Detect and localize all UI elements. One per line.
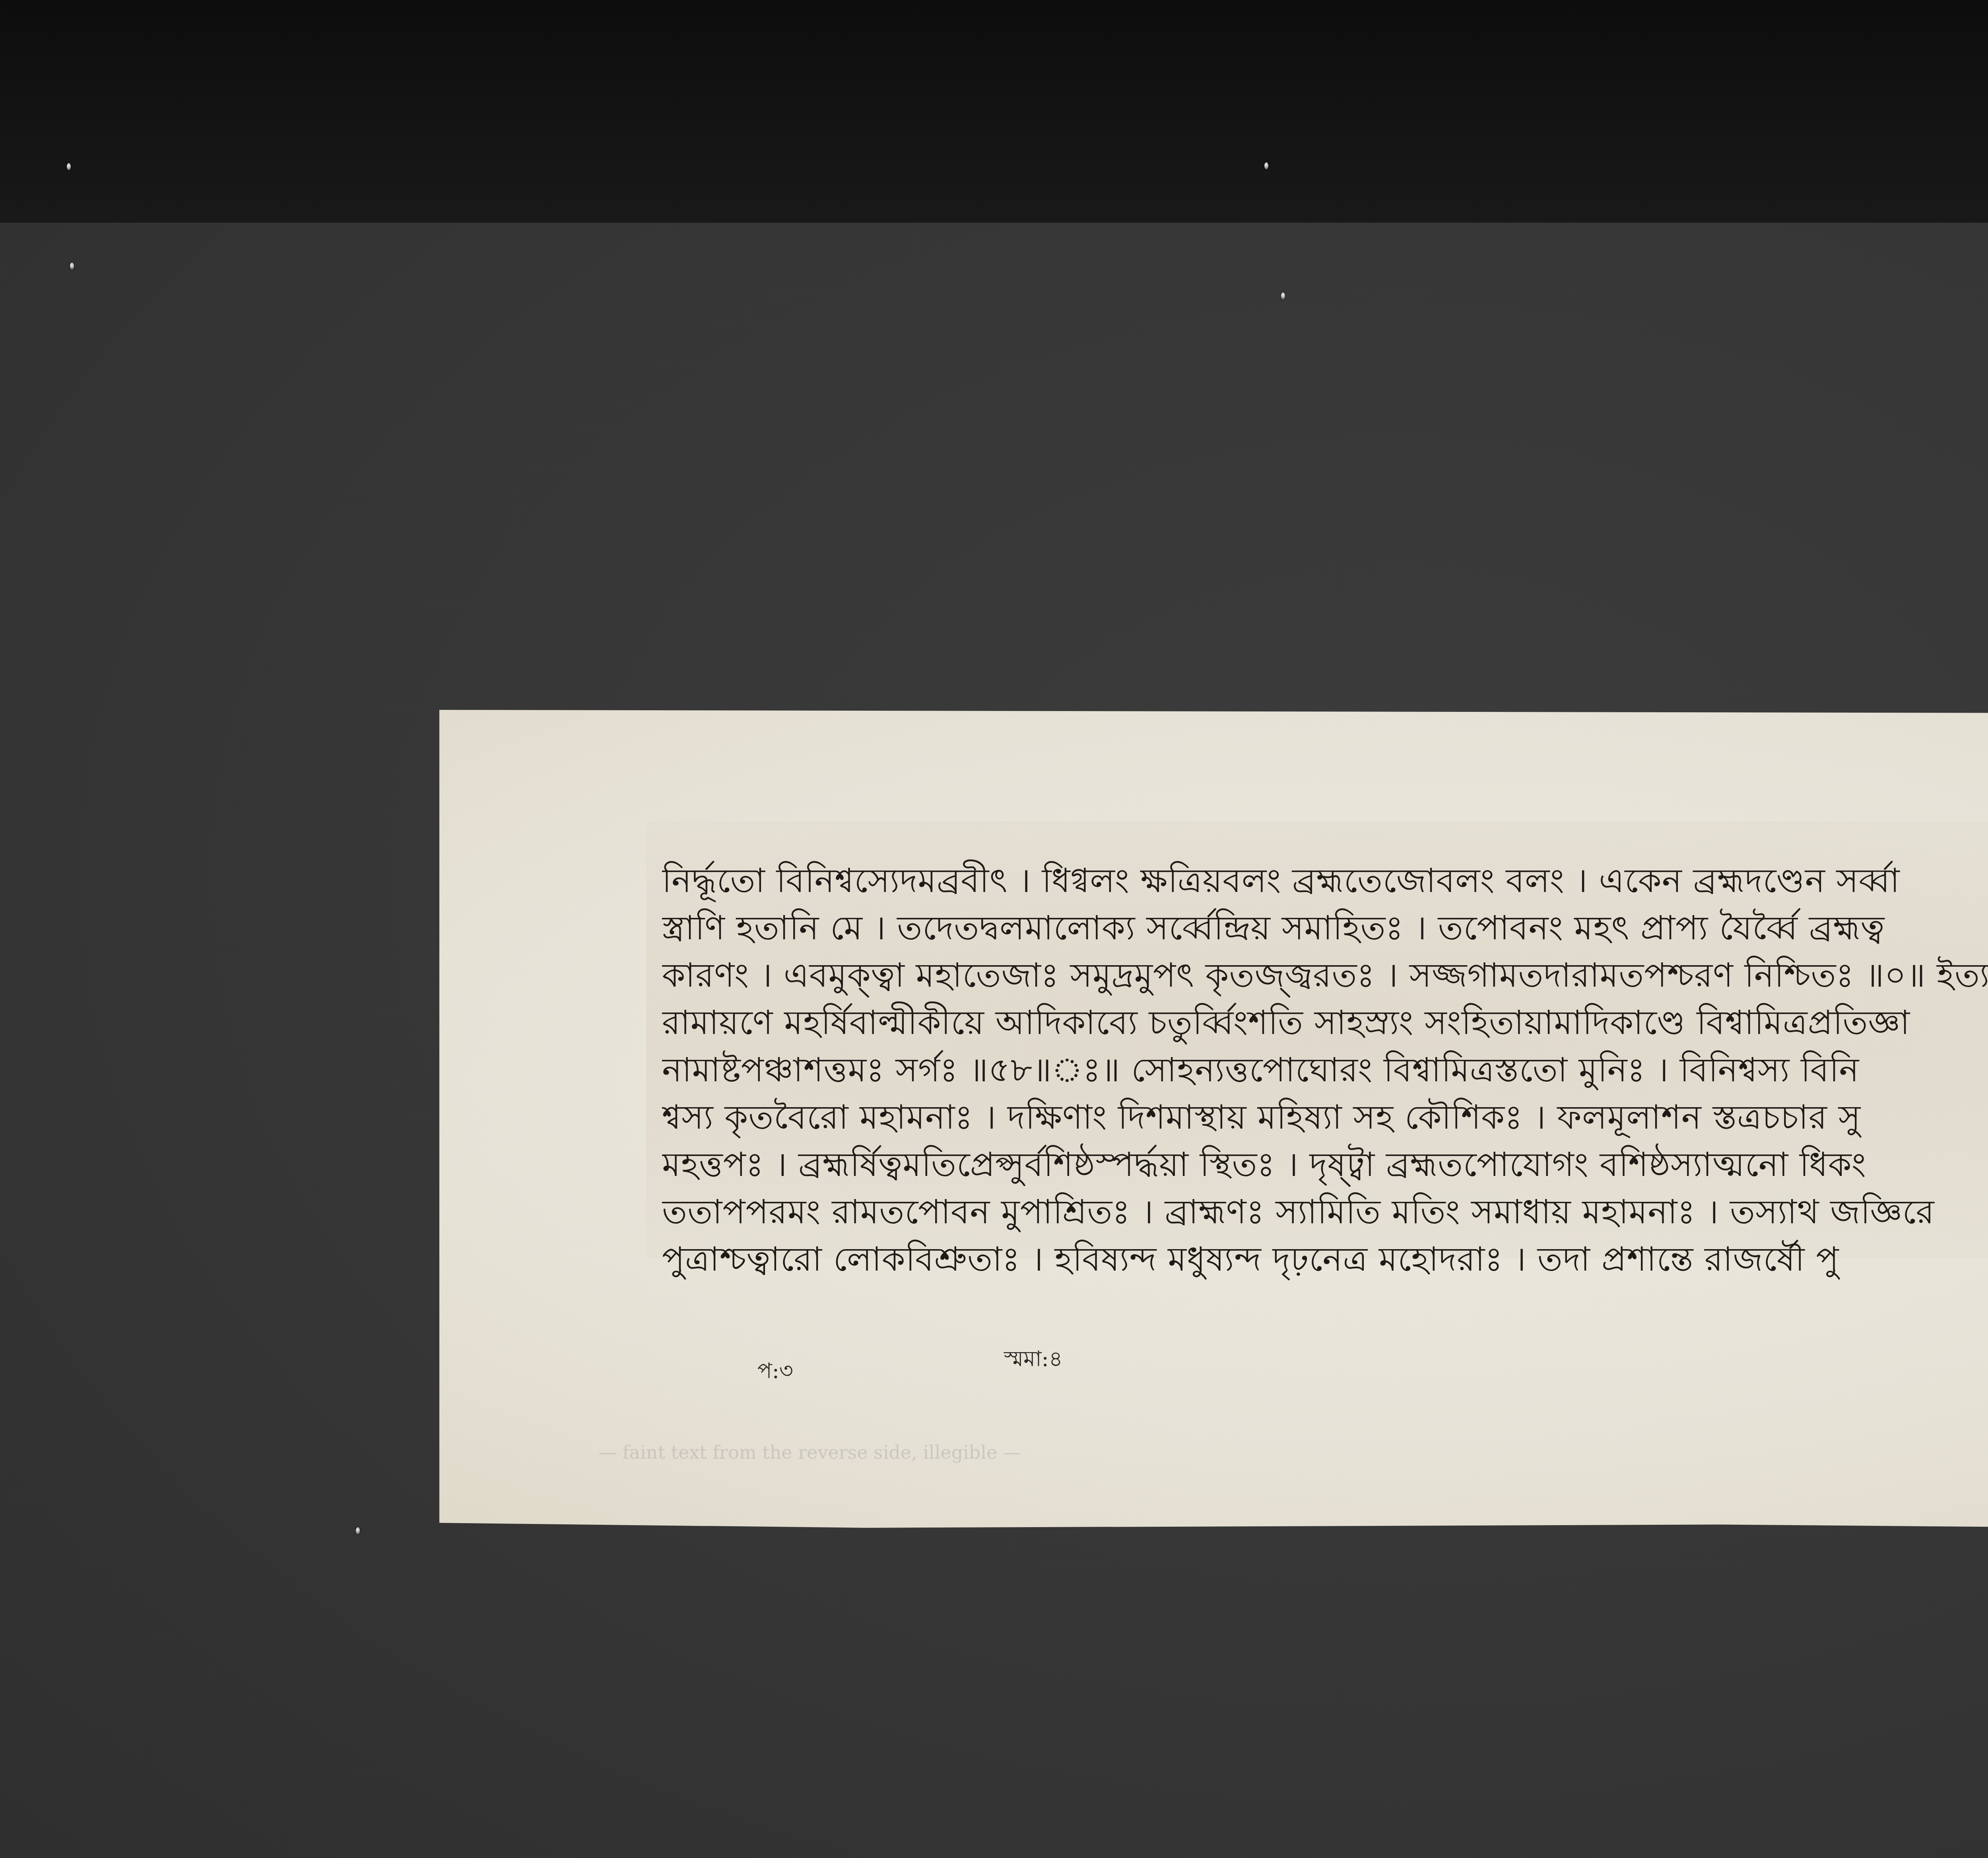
text-line-1: নির্দ্ধূতো বিনিশ্বস্যেদমব্রবীৎ । ধিগ্বলং… bbox=[662, 857, 1988, 904]
bottom-note-left: প:৩ bbox=[757, 1354, 793, 1390]
pin-icon bbox=[1264, 162, 1268, 169]
pin-icon bbox=[67, 163, 71, 170]
text-line-2: স্ত্রাণি হতানি মে । তদেতদ্বলমালোক্য সর্ব… bbox=[662, 904, 1988, 952]
manuscript-leaf: শ্রী ২ নির্দ্ধূতো বিনিশ্বস্যেদমব্রবীৎ । … bbox=[439, 710, 1988, 1531]
text-line-8: ততাপপরমং রামতপোবন মুপাশ্রিতঃ । ব্রাহ্মণঃ… bbox=[662, 1188, 1988, 1236]
show-through-text: — faint text from the reverse side, ille… bbox=[598, 1442, 1988, 1463]
bottom-note-middle: স্মমা:৪ bbox=[1004, 1342, 1063, 1378]
manuscript-text-block: নির্দ্ধূতো বিনিশ্বস্যেদমব্রবীৎ । ধিগ্বলং… bbox=[662, 857, 1988, 1283]
pin-icon bbox=[1281, 292, 1285, 299]
text-line-6: শ্বস্য কৃতবৈরো মহামনাঃ । দক্ষিণাং দিশমাস… bbox=[662, 1094, 1988, 1141]
pin-icon bbox=[70, 262, 74, 270]
text-line-7: মহত্তপঃ । ব্রহ্মর্ষিত্বমতিপ্রেপ্সুর্বশিষ… bbox=[662, 1141, 1988, 1188]
text-line-3: কারণং । এবমুক্ত্বা মহাতেজাঃ সমুদ্রমুপৎ ক… bbox=[662, 952, 1988, 999]
text-line-9: পুত্রাশ্চত্বারো লোকবিশ্রুতাঃ । হবিষ্যন্দ… bbox=[662, 1236, 1988, 1283]
pin-icon bbox=[356, 1527, 360, 1534]
text-line-4: রামায়ণে মহর্ষিবাল্মীকীয়ে আদিকাব্যে চতু… bbox=[662, 999, 1988, 1046]
top-drape-band bbox=[0, 0, 1988, 249]
text-line-5: নামাষ্টপঞ্চাশত্তমঃ সর্গঃ ॥৫৮॥ঃ॥ সোহন্যত্… bbox=[662, 1046, 1988, 1094]
